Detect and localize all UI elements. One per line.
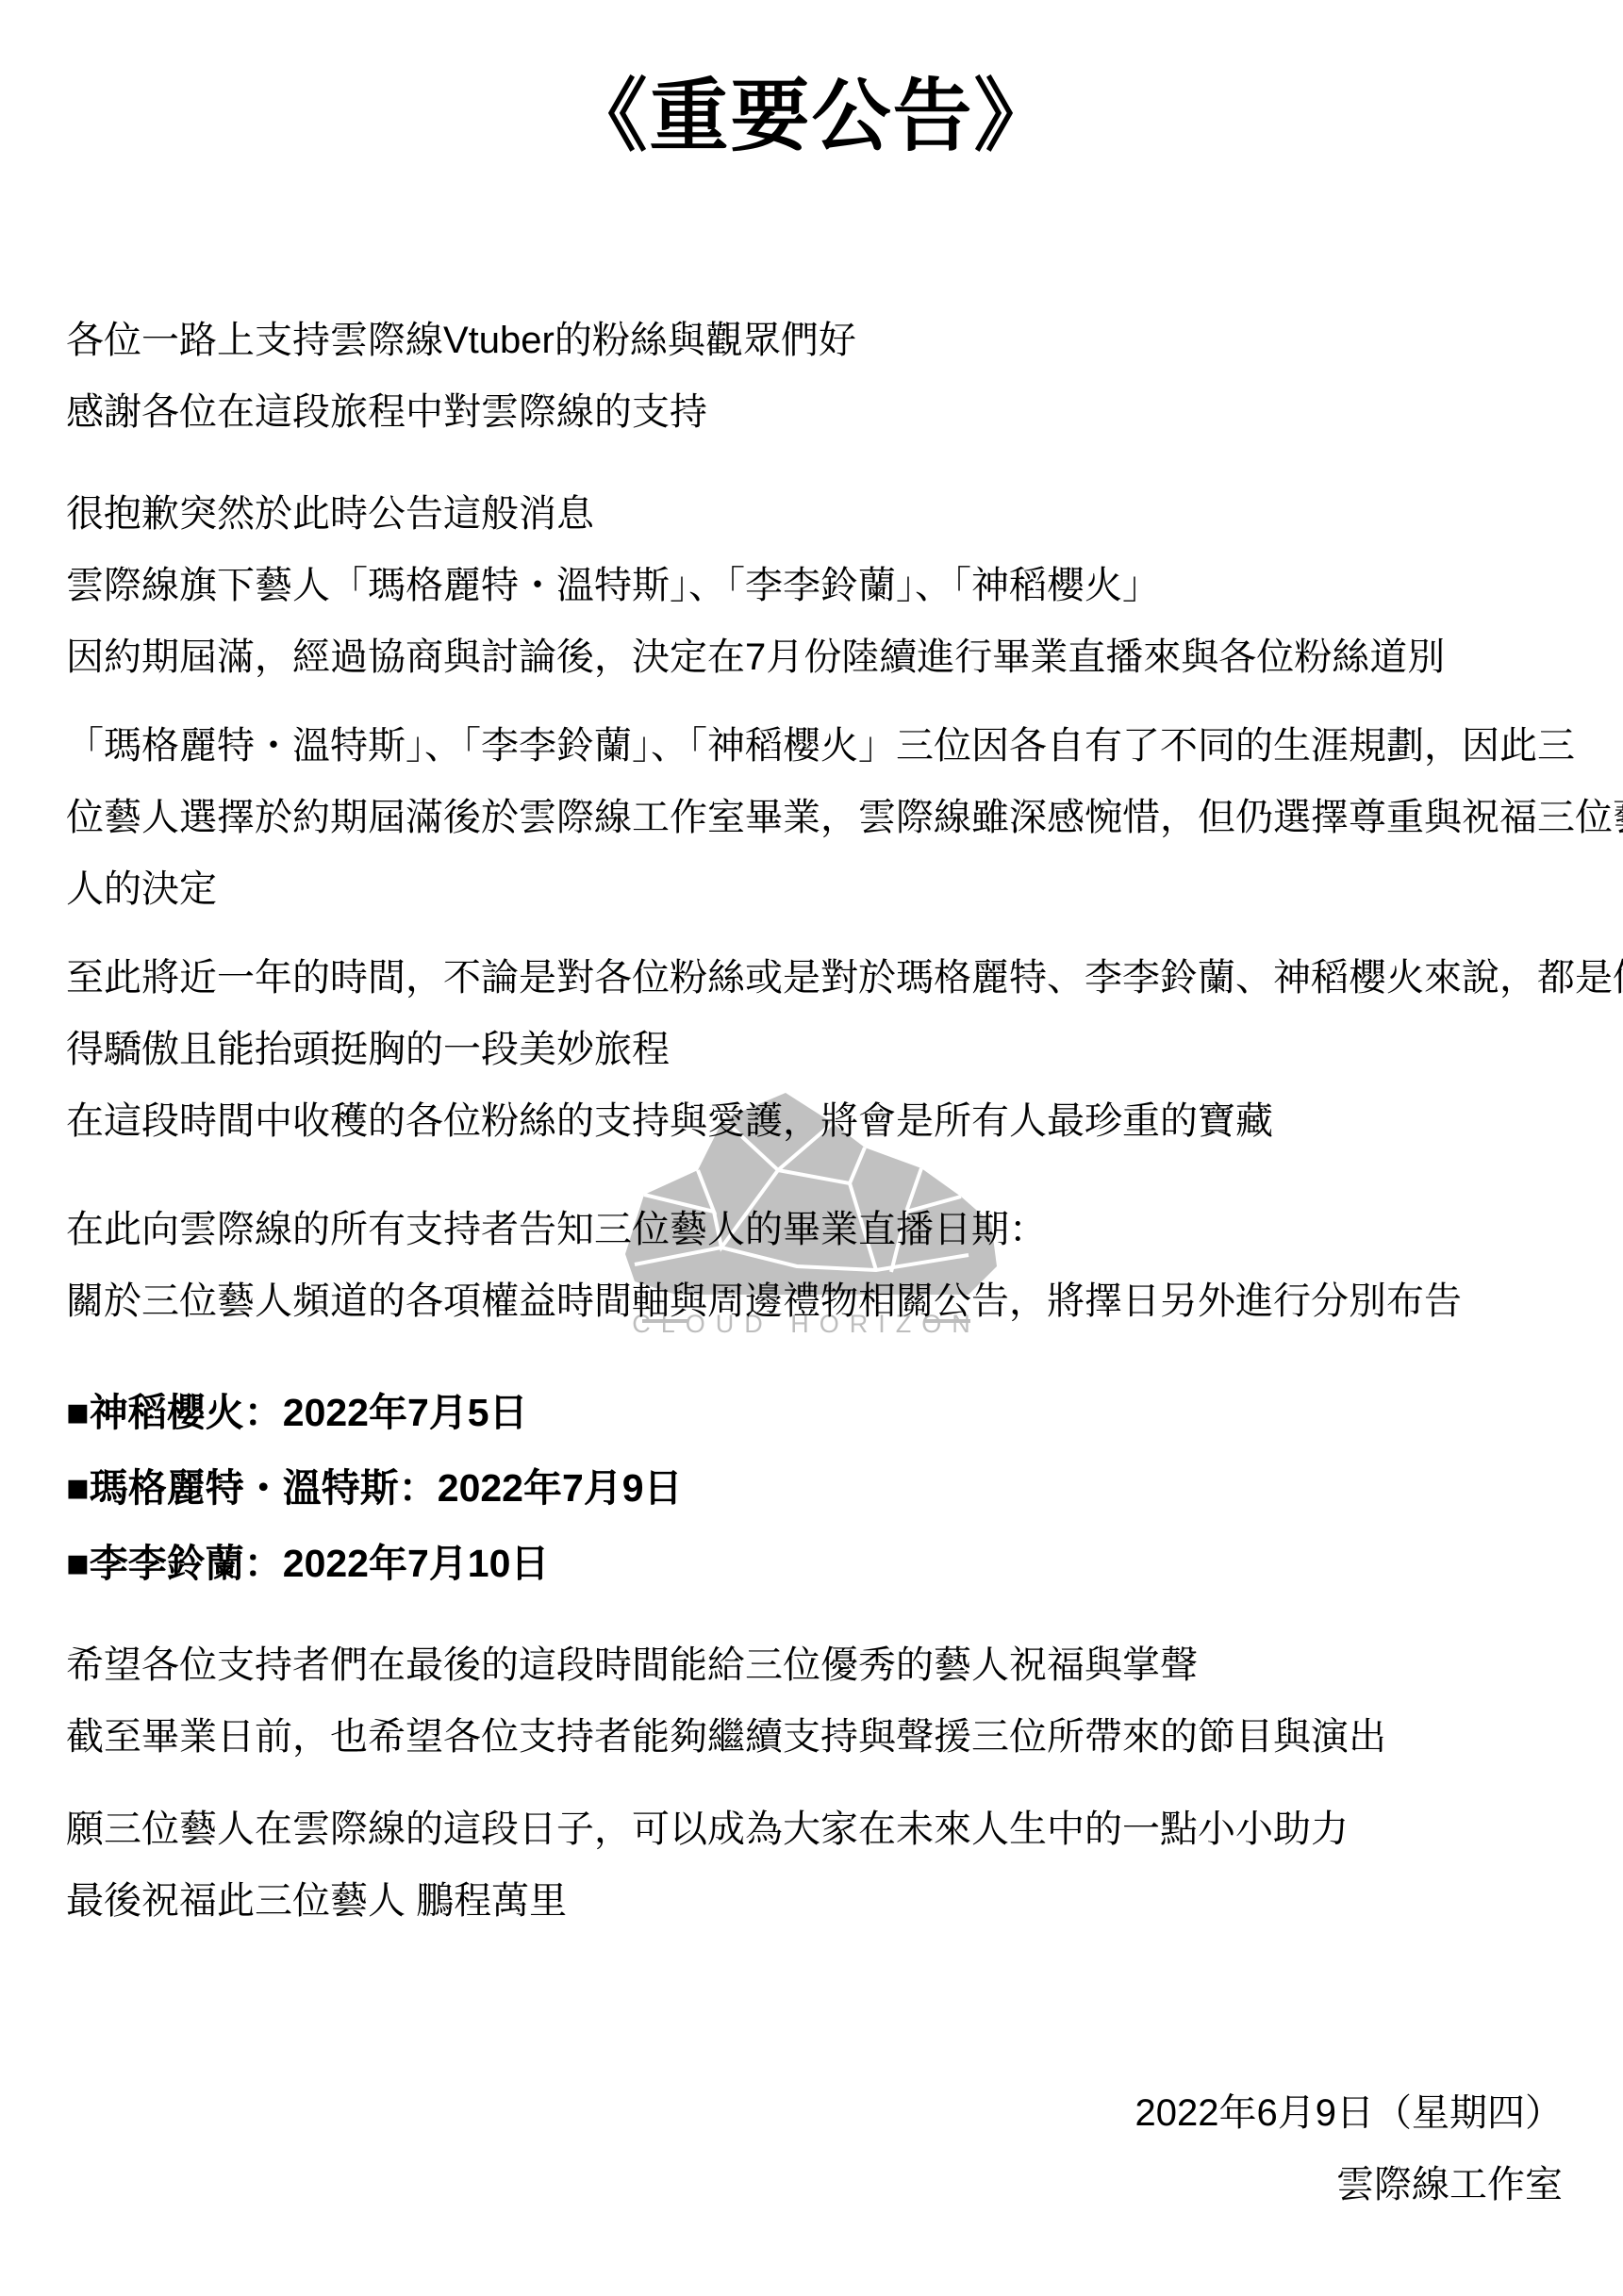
body-line: 各位一路上支持雲際線Vtuber的粉絲與觀眾們好 [66, 305, 1585, 376]
body-line: 希望各位支持者們在最後的這段時間能給三位優秀的藝人祝福與掌聲 [66, 1629, 1585, 1701]
body-line: 最後祝福此三位藝人 鵬程萬里 [66, 1865, 1585, 1937]
body-line: 願三位藝人在雲際線的這段日子，可以成為大家在未來人生中的一點小小助力 [66, 1793, 1585, 1865]
graduation-dates-list: ■神稻櫻火：2022年7月5日■瑪格麗特・溫特斯：2022年7月9日■李李鈴蘭：… [66, 1375, 1585, 1601]
body-line: 至此將近一年的時間，不論是對各位粉絲或是對於瑪格麗特、李李鈴蘭、神稻櫻火來說，都… [66, 942, 1585, 1014]
body-paragraph: 希望各位支持者們在最後的這段時間能給三位優秀的藝人祝福與掌聲截至畢業日前，也希望… [66, 1629, 1585, 1773]
graduation-date-item: ■瑪格麗特・溫特斯：2022年7月9日 [66, 1450, 1585, 1526]
body-line: 在這段時間中收穫的各位粉絲的支持與愛護，將會是所有人最珍重的寶藏 [66, 1085, 1585, 1157]
body-paragraph: 各位一路上支持雲際線Vtuber的粉絲與觀眾們好感謝各位在這段旅程中對雲際線的支… [66, 305, 1585, 448]
announcement-page: CLOUD HORIZON 《重要公告》 各位一路上支持雲際線Vtuber的粉絲… [0, 0, 1623, 2296]
body-line: 很抱歉突然於此時公告這般消息 [66, 478, 1585, 550]
body-paragraph: 願三位藝人在雲際線的這段日子，可以成為大家在未來人生中的一點小小助力最後祝福此三… [66, 1793, 1585, 1937]
body-line: 在此向雲際線的所有支持者告知三位藝人的畢業直播日期： [66, 1194, 1585, 1265]
page-title: 《重要公告》 [0, 0, 1623, 168]
signature-studio: 雲際線工作室 [1135, 2149, 1563, 2221]
body-line: 截至畢業日前，也希望各位支持者能夠繼續支持與聲援三位所帶來的節目與演出 [66, 1701, 1585, 1773]
body-line: 位藝人選擇於約期屆滿後於雲際線工作室畢業，雲際線雖深感惋惜，但仍選擇尊重與祝福三… [66, 782, 1585, 853]
body-paragraph: 很抱歉突然於此時公告這般消息雲際線旗下藝人「瑪格麗特・溫特斯」、「李李鈴蘭」、「… [66, 478, 1585, 693]
body-line: 得驕傲且能抬頭挺胸的一段美妙旅程 [66, 1014, 1585, 1085]
body-line: 感謝各位在這段旅程中對雲際線的支持 [66, 376, 1585, 448]
signature-date: 2022年6月9日（星期四） [1135, 2077, 1563, 2149]
graduation-date-item: ■神稻櫻火：2022年7月5日 [66, 1375, 1585, 1450]
body-line: 人的決定 [66, 853, 1585, 925]
body-line: 「瑪格麗特・溫特斯」、「李李鈴蘭」、「神稻櫻火」三位因各自有了不同的生涯規劃，因… [66, 710, 1585, 782]
body-line: 雲際線旗下藝人「瑪格麗特・溫特斯」、「李李鈴蘭」、「神稻櫻火」 [66, 550, 1585, 621]
body-line: 關於三位藝人頻道的各項權益時間軸與周邊禮物相關公告，將擇日另外進行分別布告 [66, 1265, 1585, 1337]
graduation-date-item: ■李李鈴蘭：2022年7月10日 [66, 1526, 1585, 1601]
signature-block: 2022年6月9日（星期四） 雲際線工作室 [1135, 2077, 1563, 2221]
body-paragraph: 「瑪格麗特・溫特斯」、「李李鈴蘭」、「神稻櫻火」三位因各自有了不同的生涯規劃，因… [66, 710, 1585, 925]
body-paragraph: 至此將近一年的時間，不論是對各位粉絲或是對於瑪格麗特、李李鈴蘭、神稻櫻火來說，都… [66, 942, 1585, 1157]
body-paragraph: 在此向雲際線的所有支持者告知三位藝人的畢業直播日期：關於三位藝人頻道的各項權益時… [66, 1194, 1585, 1337]
body-line: 因約期屆滿，經過協商與討論後，決定在7月份陸續進行畢業直播來與各位粉絲道別 [66, 621, 1585, 693]
announcement-body: 各位一路上支持雲際線Vtuber的粉絲與觀眾們好感謝各位在這段旅程中對雲際線的支… [0, 305, 1623, 1937]
